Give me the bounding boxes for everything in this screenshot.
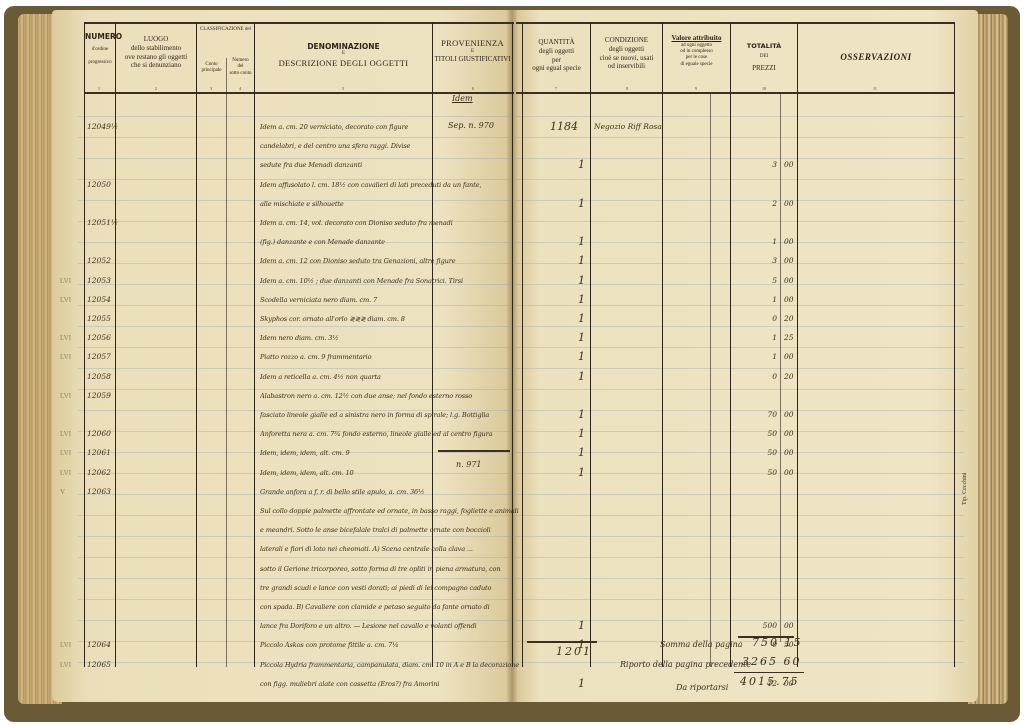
entry-description: Idem affusolato l. cm. 18½ con cavalieri… xyxy=(260,181,522,189)
header-valore: Valore attribuito ad ogni oggetto od in … xyxy=(663,34,730,68)
entry-quantity: 1 xyxy=(578,254,585,267)
entry-price-cents: 00 xyxy=(784,410,794,419)
entry-number: 12053 xyxy=(87,276,111,285)
left-col-border-1 xyxy=(115,22,116,667)
header-text: che si denunziano xyxy=(116,61,196,70)
entry-price-cents: 00 xyxy=(784,160,794,169)
quantity-total-rule xyxy=(527,641,597,643)
entry-description: Idem nero diam. cm. 3½ xyxy=(260,334,522,342)
entry-quantity: 1 xyxy=(578,235,585,248)
entry-number: 12058 xyxy=(87,372,111,381)
entry-number: 12064 xyxy=(87,640,111,649)
carried-label: Riporto della pagina precedente xyxy=(620,660,751,669)
entry-quantity: 1 xyxy=(578,677,585,690)
entry-price-cents: 25 xyxy=(784,333,794,342)
entry-number: 12059 xyxy=(87,391,111,400)
entry-quantity: 1 xyxy=(578,619,585,632)
header-text: sotto conto xyxy=(227,71,254,77)
header-sottoconto: Numero del sotto conto xyxy=(227,58,254,77)
entry-number: 12051½ xyxy=(87,218,118,227)
header-text: CLASSIFICAZIONE del xyxy=(197,27,254,33)
colnum-5: 5 xyxy=(342,86,344,91)
header-denominazione: DENOMINAZIONE E DESCRIZIONE DEGLI OGGETT… xyxy=(255,42,432,68)
entry-price-lire: 2 xyxy=(740,199,777,208)
entry-number: 12065 xyxy=(87,660,111,669)
entry-price-lire: 1 xyxy=(740,237,777,246)
right-col-border-4 xyxy=(730,22,731,667)
header-text: per xyxy=(523,56,590,65)
header-text: DENOMINAZIONE xyxy=(255,42,432,51)
header-numero: NUMERO d'ordine progressivo xyxy=(85,32,115,66)
entry-description: tre grandi scudi e lance con vesti dorat… xyxy=(260,584,522,592)
entry-description: (fig.) danzante e con Menade danzante xyxy=(260,238,522,246)
page-sum-value: 750 15 xyxy=(752,636,803,649)
header-text: degli oggetti xyxy=(591,45,662,54)
left-col-border-2 xyxy=(196,22,197,667)
entry-price-lire: 5 xyxy=(740,276,777,285)
entry-number: 12061 xyxy=(87,448,111,457)
margin-mark: LVI xyxy=(60,449,71,457)
header-text: ogni egual specie xyxy=(523,64,590,73)
header-conto: Conto principale xyxy=(197,62,226,75)
entry-number: 12052 xyxy=(87,256,111,265)
header-text: DESCRIZIONE DEGLI OGGETTI xyxy=(255,58,432,69)
left-table-top-border xyxy=(84,22,514,24)
entry-price-cents: 00 xyxy=(784,276,794,285)
header-text: CONDIZIONE xyxy=(591,36,662,45)
margin-mark: LVI xyxy=(60,469,71,477)
header-text: NUMERO xyxy=(85,32,115,41)
header-text: Valore attribuito xyxy=(663,34,730,43)
entry-quantity: 1 xyxy=(578,446,585,459)
header-text: od inservibili xyxy=(591,62,662,71)
header-text: LUOGO xyxy=(116,35,196,44)
right-header-bottom-border xyxy=(516,92,954,94)
header-text: cioè se nuovi, usati xyxy=(591,54,662,63)
left-header-bottom-border xyxy=(84,92,514,94)
entry-quantity: 1 xyxy=(578,312,585,325)
entry-description: con figg. muliebri alate con cassetta (E… xyxy=(260,680,522,688)
entry-description: candelabri, e del centro una sfera raggi… xyxy=(260,142,522,150)
right-col-border-2 xyxy=(662,22,663,667)
right-col-border-7 xyxy=(954,22,955,667)
entry-description: Skyphos cor. ornato all'orlo ≷≷≷ diam. c… xyxy=(260,315,522,323)
entry-description: alle mischiate e silhouette xyxy=(260,200,522,208)
entry-description: sedute fra due Menadi danzanti xyxy=(260,161,522,169)
header-text: ove restano gli oggetti xyxy=(116,53,196,62)
entry-condition: Negozio Riff Rosa xyxy=(594,122,662,131)
entry-description: Alabastron nero a. cm. 12½ con due anse;… xyxy=(260,392,522,400)
left-col-border-4 xyxy=(254,22,255,667)
right-col-border-1 xyxy=(590,22,591,667)
entry-quantity: 1 xyxy=(578,370,585,383)
entry-description: Anforetta nera a. cm. 7¾ fondo esterno, … xyxy=(260,430,522,438)
header-quantita: QUANTITÀ degli oggetti per ogni egual sp… xyxy=(523,38,590,73)
forward-value: 4015.75 xyxy=(740,675,800,688)
margin-mark: LVI xyxy=(60,277,71,285)
entry-price-lire: 50 xyxy=(740,429,777,438)
entry-quantity: 1 xyxy=(578,331,585,344)
entry-price-cents: 00 xyxy=(784,621,794,630)
header-text: di eguale specie xyxy=(663,62,730,68)
entry-description: Piccolo Askos con protome fittile a. cm.… xyxy=(260,641,522,649)
entry-price-cents: 00 xyxy=(784,429,794,438)
entry-price-lire: 1 xyxy=(740,295,777,304)
entry-price-lire: 3 xyxy=(740,160,777,169)
entry-description: Piatto rozzo a. cm. 9 frammentario xyxy=(260,353,522,361)
header-text: QUANTITÀ xyxy=(523,38,590,47)
margin-mark: LVI xyxy=(60,641,71,649)
margin-mark: LVI xyxy=(60,334,71,342)
colnum-11: 11 xyxy=(873,86,877,91)
header-condizione: CONDIZIONE degli oggetti cioè se nuovi, … xyxy=(591,36,662,71)
header-text: principale xyxy=(197,68,226,74)
entry-price-cents: 00 xyxy=(784,237,794,246)
margin-mark: LVI xyxy=(60,296,71,304)
entry-quantity: 1 xyxy=(578,408,585,421)
header-text: DEI xyxy=(731,54,797,60)
colnum-6: 6 xyxy=(472,86,474,91)
entry-description: fasciato lineole gialle ed a sinistra ne… xyxy=(260,411,522,419)
entry-description: Idem a reticella a. cm. 4½ non quarta xyxy=(260,373,522,381)
colnum-8: 8 xyxy=(626,86,628,91)
entry-price-lire: 1 xyxy=(740,352,777,361)
header-text: TOTALITÀ xyxy=(731,42,797,50)
entry-quantity: 1 xyxy=(578,158,585,171)
colnum-7: 7 xyxy=(555,86,557,91)
header-text: PROVENIENZA xyxy=(433,38,512,49)
entry-quantity: 1 xyxy=(578,274,585,287)
entry-price-cents: 20 xyxy=(784,372,794,381)
entry-quantity: 1 xyxy=(578,350,585,363)
provenance-idem: Idem xyxy=(452,94,473,103)
entry-price-cents: 00 xyxy=(784,199,794,208)
colnum-1: 1 xyxy=(98,86,100,91)
entry-description: lance fra Doriforo e un altro. — Lesione… xyxy=(260,622,522,630)
carried-value: 3265 60 xyxy=(742,655,802,668)
right-col-border-0 xyxy=(522,22,523,667)
left-col-border-3 xyxy=(226,58,227,667)
header-text: d'ordine xyxy=(85,47,115,53)
right-table-top-border xyxy=(516,22,954,24)
entry-quantity: 1 xyxy=(578,427,585,440)
header-luogo: LUOGO dello stabilimento ove restano gli… xyxy=(116,35,196,70)
entry-description: Idem a. cm. 14, vol. decorato con Dionis… xyxy=(260,219,522,227)
entry-description: Idem a. cm. 10½ ; due danzanti con Menad… xyxy=(260,277,522,285)
entry-price-cents: 00 xyxy=(784,256,794,265)
entry-number: 12050 xyxy=(87,180,111,189)
entry-description: Idem, idem, idem, alt. cm. 9 xyxy=(260,449,522,457)
entry-number: 12063 xyxy=(87,487,111,496)
margin-mark: LVI xyxy=(60,661,71,669)
entry-quantity: 1 xyxy=(578,293,585,306)
entry-number: 12062 xyxy=(87,468,111,477)
colnum-3: 3 xyxy=(210,86,212,91)
entry-description: con spada. B) Cavaliere con clamide e pe… xyxy=(260,603,522,611)
entry-price-cents: 00 xyxy=(784,352,794,361)
entry-description: Idem a. cm. 20 verniciato, decorato con … xyxy=(260,123,522,131)
forward-label: Da riportarsi xyxy=(676,683,728,692)
header-classificazione: CLASSIFICAZIONE del xyxy=(197,27,254,33)
header-text: degli oggetti xyxy=(523,47,590,56)
entry-description: sotto il Gerione tricorporeo, sotto form… xyxy=(260,565,522,573)
entry-number: 12057 xyxy=(87,352,111,361)
entry-description: laterali e fiori di loto nei cheomati. A… xyxy=(260,545,522,553)
margin-mark: LVI xyxy=(60,353,71,361)
entry-price-cents: 00 xyxy=(784,448,794,457)
entry-price-cents: 20 xyxy=(784,314,794,323)
right-col-border-3 xyxy=(710,92,711,667)
entry-number: 12054 xyxy=(87,295,111,304)
header-text: TITOLI GIUSTIFICATIVI xyxy=(433,55,512,64)
entry-number: 12056 xyxy=(87,333,111,342)
header-totalita: TOTALITÀ DEI PREZZI xyxy=(731,42,797,73)
entry-description: Scodella verniciata nero diam. cm. 7 xyxy=(260,296,522,304)
entry-price-lire: 50 xyxy=(740,448,777,457)
colnum-9: 9 xyxy=(695,86,697,91)
entry-description: Sul collo doppie palmette affrontate ed … xyxy=(260,507,522,515)
entry-price-cents: 00 xyxy=(784,468,794,477)
entry-description: Grande anfora a f. r. di bello stile apu… xyxy=(260,488,522,496)
header-text: OSSERVAZIONI xyxy=(798,52,954,63)
printer-mark: Tip. Cecchini xyxy=(962,473,968,505)
margin-mark: LVI xyxy=(60,392,71,400)
entry-price-lire: 500 xyxy=(740,621,777,630)
header-text: PREZZI xyxy=(731,64,797,73)
grand-total-rule xyxy=(734,672,804,673)
entry-price-lire: 0 xyxy=(740,314,777,323)
entry-price-lire: 0 xyxy=(740,372,777,381)
entry-quantity: 1 xyxy=(578,466,585,479)
entry-number: 12055 xyxy=(87,314,111,323)
header-text: dello stabilimento xyxy=(116,44,196,53)
entry-description: Piccola Hydria frammentaria, campanulata… xyxy=(260,661,522,669)
header-osservazioni: OSSERVAZIONI xyxy=(798,52,954,63)
entry-price-lire: 50 xyxy=(740,468,777,477)
entry-price-lire: 70 xyxy=(740,410,777,419)
entry-number: 12049½ xyxy=(87,122,118,131)
margin-mark: LVI xyxy=(60,430,71,438)
entry-description: Idem a. cm. 12 con Dioniso seduto tra Ge… xyxy=(260,257,522,265)
entry-quantity: 1 xyxy=(578,197,585,210)
entry-price-lire: 3 xyxy=(740,256,777,265)
page-sum-label: Somma della pagina xyxy=(660,640,743,649)
entry-price-cents: 00 xyxy=(784,295,794,304)
entry-quantity: 1184 xyxy=(550,120,578,133)
quantity-total: 1201 xyxy=(556,645,592,658)
left-col-border-0 xyxy=(84,22,85,667)
entry-description: e meandri. Sotto le anse bicefalale tral… xyxy=(260,526,522,534)
right-col-border-6 xyxy=(797,22,798,667)
colnum-4: 4 xyxy=(239,86,241,91)
colnum-2: 2 xyxy=(155,86,157,91)
entry-price-lire: 1 xyxy=(740,333,777,342)
right-col-border-5 xyxy=(780,92,781,642)
entry-description: Idem, idem, idem, alt. cm. 10 xyxy=(260,469,522,477)
header-text: progressivo xyxy=(85,60,115,66)
header-provenienza: PROVENIENZA E TITOLI GIUSTIFICATIVI xyxy=(433,38,512,64)
margin-mark: V xyxy=(60,488,65,496)
colnum-10: 10 xyxy=(762,86,766,91)
entry-number: 12060 xyxy=(87,429,111,438)
